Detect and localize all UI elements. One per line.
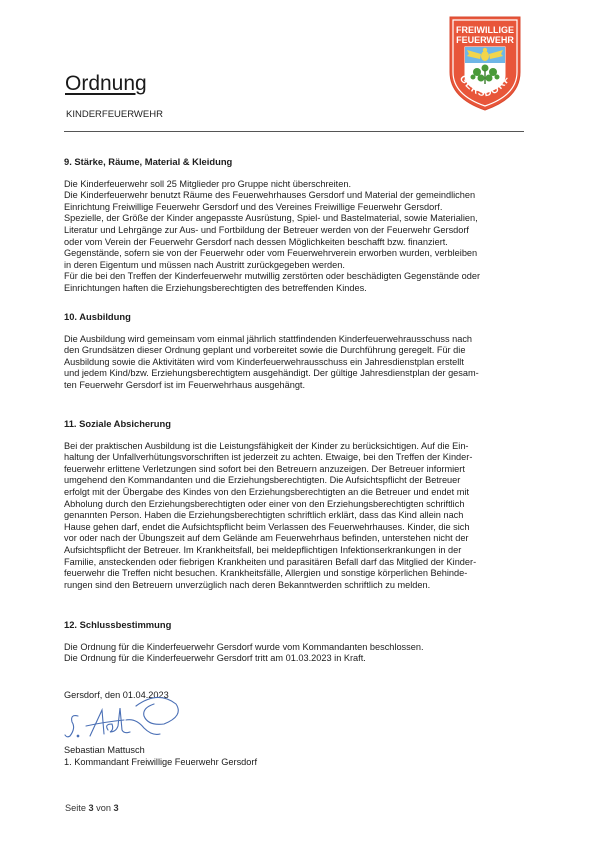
header-divider: [64, 131, 524, 132]
section-heading: 12. Schlussbestimmung: [64, 619, 539, 631]
text-line: erfolgt mit der Übergabe des Kindes von …: [64, 487, 539, 499]
page-number-footer: Seite 3 von 3: [65, 803, 119, 813]
text-line: Die Kinderfeuerwehr benutzt Räume des Fe…: [64, 190, 539, 202]
text-line: Die Ordnung für die Kinderfeuerwehr Gers…: [64, 642, 539, 654]
section-heading: 9. Stärke, Räume, Material & Kleidung: [64, 156, 539, 168]
signer-block: Sebastian Mattusch 1. Kommandant Freiwil…: [64, 745, 257, 768]
document-page: Ordnung KINDERFEUERWEHR FREIWILLIGE FEUE…: [0, 0, 600, 850]
text-line: oder vom Verein der Feuerwehr Gersdorf n…: [64, 237, 539, 249]
text-line: Spezielle, der Größe der Kinder angepass…: [64, 213, 539, 225]
page-title: Ordnung: [65, 72, 147, 96]
text-line: Ausbildung sowie die Aktivitäten wird vo…: [64, 357, 539, 369]
text-line: feuerwehr die Treffen nicht besuchen. Kr…: [64, 568, 539, 580]
text-line: Aufsichtspflicht der Betreuer. Im Krankh…: [64, 545, 539, 557]
section-body: Bei der praktischen Ausbildung ist die L…: [64, 441, 539, 592]
signer-role: 1. Kommandant Freiwillige Feuerwehr Gers…: [64, 757, 257, 769]
text-line: Für die bei den Treffen der Kinderfeuerw…: [64, 271, 539, 283]
text-line: und jedem Kind/bzw. Erziehungsberechtigt…: [64, 368, 539, 380]
text-line: rungen sind den Betreuern unverzüglich n…: [64, 580, 539, 592]
section-heading: 10. Ausbildung: [64, 311, 539, 323]
text-line: Einrichtung Freiwillige Feuerwehr Gersdo…: [64, 202, 539, 214]
text-line: Hause gehen darf, endet die Aufsichtspfl…: [64, 522, 539, 534]
page-label-prefix: Seite: [65, 803, 89, 813]
text-line: den Grundsätzen dieser Ordnung geplant u…: [64, 345, 539, 357]
handwritten-signature-icon: [64, 694, 214, 744]
text-line: genannten Person. Haben die Erziehungsbe…: [64, 510, 539, 522]
text-line: ten Feuerwehr Gersdorf ist im Feuerwehrh…: [64, 380, 539, 392]
text-line: Die Ordnung für die Kinderfeuerwehr Gers…: [64, 653, 539, 665]
fire-brigade-emblem-icon: FREIWILLIGE FEUERWEHR GERSDORF: [447, 14, 523, 112]
text-line: feuerwehr erlittene Verletzungen sind so…: [64, 464, 539, 476]
section-strength-rooms-material: 9. Stärke, Räume, Material & Kleidung Di…: [64, 156, 539, 295]
text-line: Literatur und Lehrgänge zur Aus- und For…: [64, 225, 539, 237]
page-label-middle: von: [94, 803, 114, 813]
svg-text:FEUERWEHR: FEUERWEHR: [456, 35, 514, 45]
text-line: haltung der Unfallverhütungsvorschriften…: [64, 452, 539, 464]
page-subtitle: KINDERFEUERWEHR: [66, 109, 163, 120]
svg-text:FREIWILLIGE: FREIWILLIGE: [456, 25, 514, 35]
text-line: vor oder nach der Übungszeit auf dem Gel…: [64, 533, 539, 545]
text-line: umgehend den Kommandanten und die Erzieh…: [64, 475, 539, 487]
text-line: Gegenstände, sofern sie von der Feuerweh…: [64, 248, 539, 260]
text-line: Abholung durch den Erziehungsberechtigte…: [64, 499, 539, 511]
section-final-provision: 12. Schlussbestimmung Die Ordnung für di…: [64, 619, 539, 665]
section-body: Die Ausbildung wird gemeinsam vom einmal…: [64, 334, 539, 392]
text-line: Die Kinderfeuerwehr soll 25 Mitglieder p…: [64, 179, 539, 191]
section-heading: 11. Soziale Absicherung: [64, 418, 539, 430]
section-social-protection: 11. Soziale Absicherung Bei der praktisc…: [64, 418, 539, 591]
section-training: 10. Ausbildung Die Ausbildung wird gemei…: [64, 311, 539, 392]
text-line: in deren Eigentum und müssen nach Austri…: [64, 260, 539, 272]
text-line: Bei der praktischen Ausbildung ist die L…: [64, 441, 539, 453]
section-body: Die Ordnung für die Kinderfeuerwehr Gers…: [64, 642, 539, 665]
total-page-count: 3: [114, 803, 119, 813]
text-line: Einrichtungen haften die Erziehungsberec…: [64, 283, 539, 295]
signer-name: Sebastian Mattusch: [64, 745, 257, 757]
text-line: Familie, ansteckenden oder fiebrigen Kra…: [64, 557, 539, 569]
text-line: Die Ausbildung wird gemeinsam vom einmal…: [64, 334, 539, 346]
section-body: Die Kinderfeuerwehr soll 25 Mitglieder p…: [64, 179, 539, 295]
